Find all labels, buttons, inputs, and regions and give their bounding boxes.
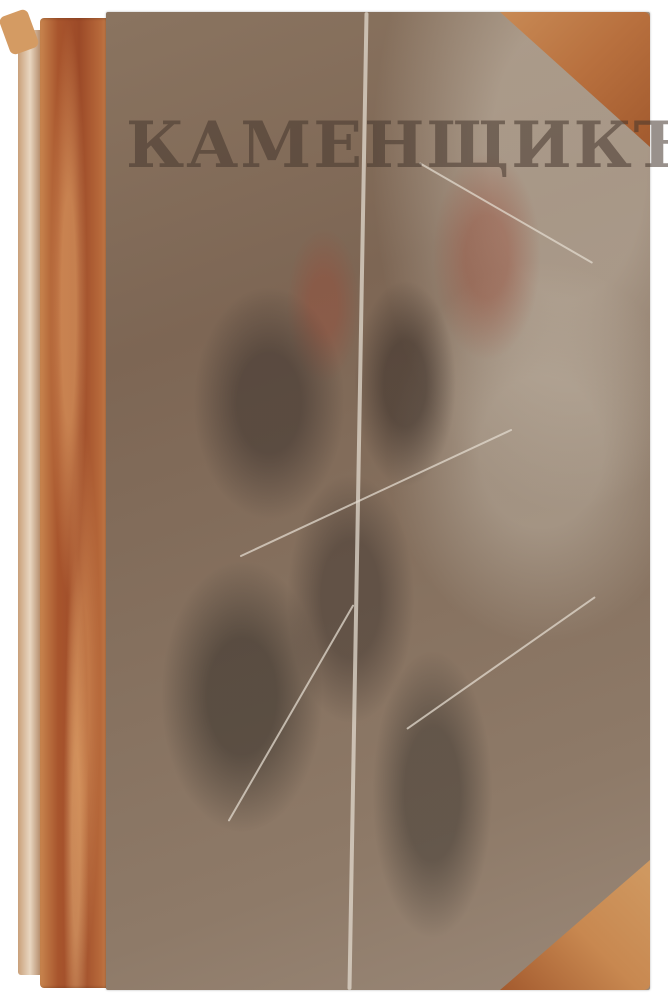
- leather-spine: [40, 18, 112, 988]
- crack-vein: [240, 429, 513, 558]
- crack-vein: [228, 604, 355, 822]
- leather-corner-bottom-right: [500, 860, 650, 990]
- crack-vein: [406, 596, 596, 730]
- book: КАМЕНЩИКЪ: [18, 12, 650, 990]
- cover-title: КАМЕНЩИКЪ: [126, 108, 546, 183]
